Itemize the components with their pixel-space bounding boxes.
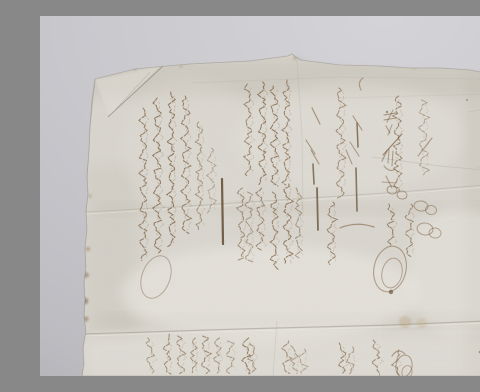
edge-stain	[88, 194, 91, 197]
ink-dot	[386, 111, 388, 113]
ink-dash	[317, 188, 318, 230]
ink-dot	[466, 99, 468, 101]
edge-stain	[133, 66, 137, 70]
paper-surface	[80, 52, 480, 376]
edge-stain	[399, 316, 411, 328]
ink-dot	[389, 290, 393, 294]
edge-stain	[86, 247, 90, 251]
ink-dash	[222, 179, 223, 244]
ink-dash	[356, 168, 357, 211]
ink-dash	[313, 164, 314, 184]
edge-stain	[83, 272, 89, 278]
manuscript-photo: Photograph of a creased early-modern man…	[40, 16, 480, 376]
edge-stain	[293, 56, 297, 60]
edge-stain	[82, 298, 88, 304]
ink-dash	[357, 123, 358, 147]
manuscript-photo-svg	[40, 16, 480, 376]
edge-stain	[417, 318, 427, 328]
